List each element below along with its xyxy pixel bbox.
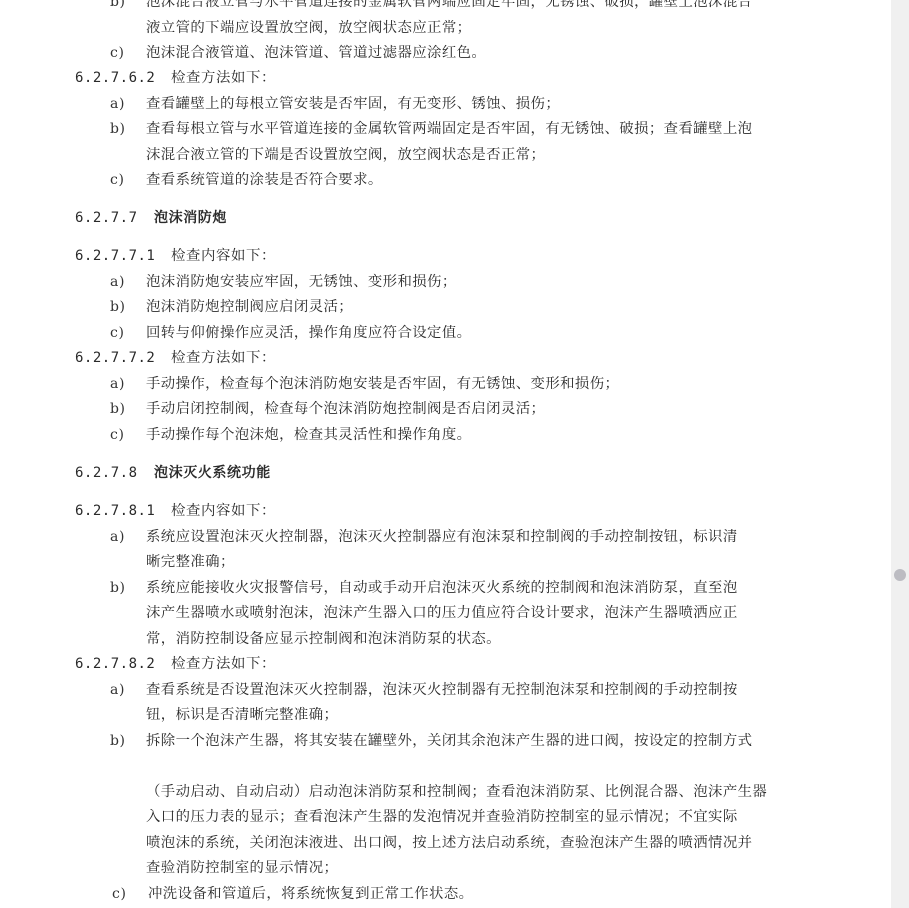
item-text-continuation: 液立管的下端应设置放空阀，放空阀状态应正常；: [146, 18, 471, 38]
section-heading: 泡沫灭火系统功能: [154, 463, 271, 483]
item-label: a): [110, 680, 125, 700]
item-text: 查看系统管道的涂装是否符合要求。: [146, 170, 383, 190]
item-text: 拆除一个泡沫产生器，将其安装在罐壁外，关闭其余泡沫产生器的进口阀，按设定的控制方…: [146, 731, 752, 751]
item-text: 泡沫混合液立管与水平管道连接的金属软管两端应固定牢固，无锈蚀、破损，罐壁上泡沫混…: [146, 0, 752, 12]
item-text: 冲洗设备和管道后，将系统恢复到正常工作状态。: [148, 884, 473, 904]
item-label: b): [110, 399, 126, 419]
item-text: 回转与仰俯操作应灵活，操作角度应符合设定值。: [146, 323, 471, 343]
clause-title: 检查方法如下：: [171, 654, 276, 674]
item-label: b): [110, 119, 126, 139]
item-label: a): [110, 527, 125, 547]
clause-number: 6.2.7.6.2: [75, 68, 155, 88]
item-text-continuation: 钮，标识是否清晰完整准确；: [146, 705, 338, 725]
item-text: 查看系统是否设置泡沫灭火控制器，泡沫灭火控制器有无控制泡沫泵和控制阀的手动控制按: [146, 680, 738, 700]
item-text: 泡沫消防炮控制阀应启闭灵活；: [146, 297, 353, 317]
item-label: b): [110, 297, 126, 317]
item-label: c): [110, 425, 125, 445]
item-text-continuation: 查验消防控制室的显示情况；: [146, 858, 338, 878]
section-number: 6.2.7.8: [75, 463, 138, 483]
item-text-continuation: 沫产生器喷水或喷射泡沫，泡沫产生器入口的压力值应符合设计要求，泡沫产生器喷洒应正: [146, 603, 738, 623]
scrollbar-thumb[interactable]: [894, 569, 906, 581]
item-label: c): [110, 170, 125, 190]
clause-number: 6.2.7.8.2: [75, 654, 155, 674]
item-text-continuation: 喷泡沫的系统，关闭泡沫液进、出口阀，按上述方法启动系统，查验泡沫产生器的喷洒情况…: [146, 833, 752, 853]
item-label: a): [110, 272, 125, 292]
clause-title: 检查内容如下：: [171, 501, 276, 521]
document-page: b) 泡沫混合液立管与水平管道连接的金属软管两端应固定牢固，无锈蚀、破损，罐壁上…: [0, 0, 891, 908]
item-text-continuation: （手动启动、自动启动）启动泡沫消防泵和控制阀；查看泡沫消防泵、比例混合器、泡沫产…: [146, 782, 767, 802]
item-text-continuation: 晰完整准确；: [146, 552, 235, 572]
item-text-continuation: 常，消防控制设备应显示控制阀和泡沫消防泵的状态。: [146, 629, 501, 649]
item-text: 泡沫消防炮安装应牢固，无锈蚀、变形和损伤；: [146, 272, 457, 292]
clause-number: 6.2.7.7.2: [75, 348, 155, 368]
item-text-continuation: 入口的压力表的显示；查看泡沫产生器的发泡情况并查验消防控制室的显示情况；不宜实际: [146, 807, 738, 827]
item-text: 手动启闭控制阀，检查每个泡沫消防炮控制阀是否启闭灵活；: [146, 399, 545, 419]
clause-number: 6.2.7.7.1: [75, 246, 155, 266]
item-label: c): [110, 43, 125, 63]
item-text: 手动操作，检查每个泡沫消防炮安装是否牢固，有无锈蚀、变形和损伤；: [146, 374, 619, 394]
item-text: 系统应设置泡沫灭火控制器，泡沫灭火控制器应有泡沫泵和控制阀的手动控制按钮，标识清: [146, 527, 738, 547]
clause-title: 检查内容如下：: [171, 246, 276, 266]
item-text: 泡沫混合液管道、泡沫管道、管道过滤器应涂红色。: [146, 43, 486, 63]
section-heading: 泡沫消防炮: [154, 208, 227, 228]
clause-number: 6.2.7.8.1: [75, 501, 155, 521]
item-label: b): [110, 0, 126, 12]
item-text: 手动操作每个泡沫炮，检查其灵活性和操作角度。: [146, 425, 471, 445]
item-label: b): [110, 578, 126, 598]
section-number: 6.2.7.7: [75, 208, 138, 228]
item-label: a): [110, 374, 125, 394]
item-label: c): [112, 884, 127, 904]
item-label: c): [110, 323, 125, 343]
item-text-continuation: 沫混合液立管的下端是否设置放空阀，放空阀状态是否正常；: [146, 145, 545, 165]
item-label: b): [110, 731, 126, 751]
item-label: a): [110, 94, 125, 114]
item-text: 查看每根立管与水平管道连接的金属软管两端固定是否牢固，有无锈蚀、破损；查看罐壁上…: [146, 119, 752, 139]
clause-title: 检查方法如下：: [171, 68, 276, 88]
vertical-scrollbar[interactable]: [891, 0, 909, 908]
item-text: 查看罐壁上的每根立管安装是否牢固，有无变形、锈蚀、损伤；: [146, 94, 560, 114]
item-text: 系统应能接收火灾报警信号，自动或手动开启泡沫灭火系统的控制阀和泡沫消防泵，直至泡: [146, 578, 738, 598]
clause-title: 检查方法如下：: [171, 348, 276, 368]
